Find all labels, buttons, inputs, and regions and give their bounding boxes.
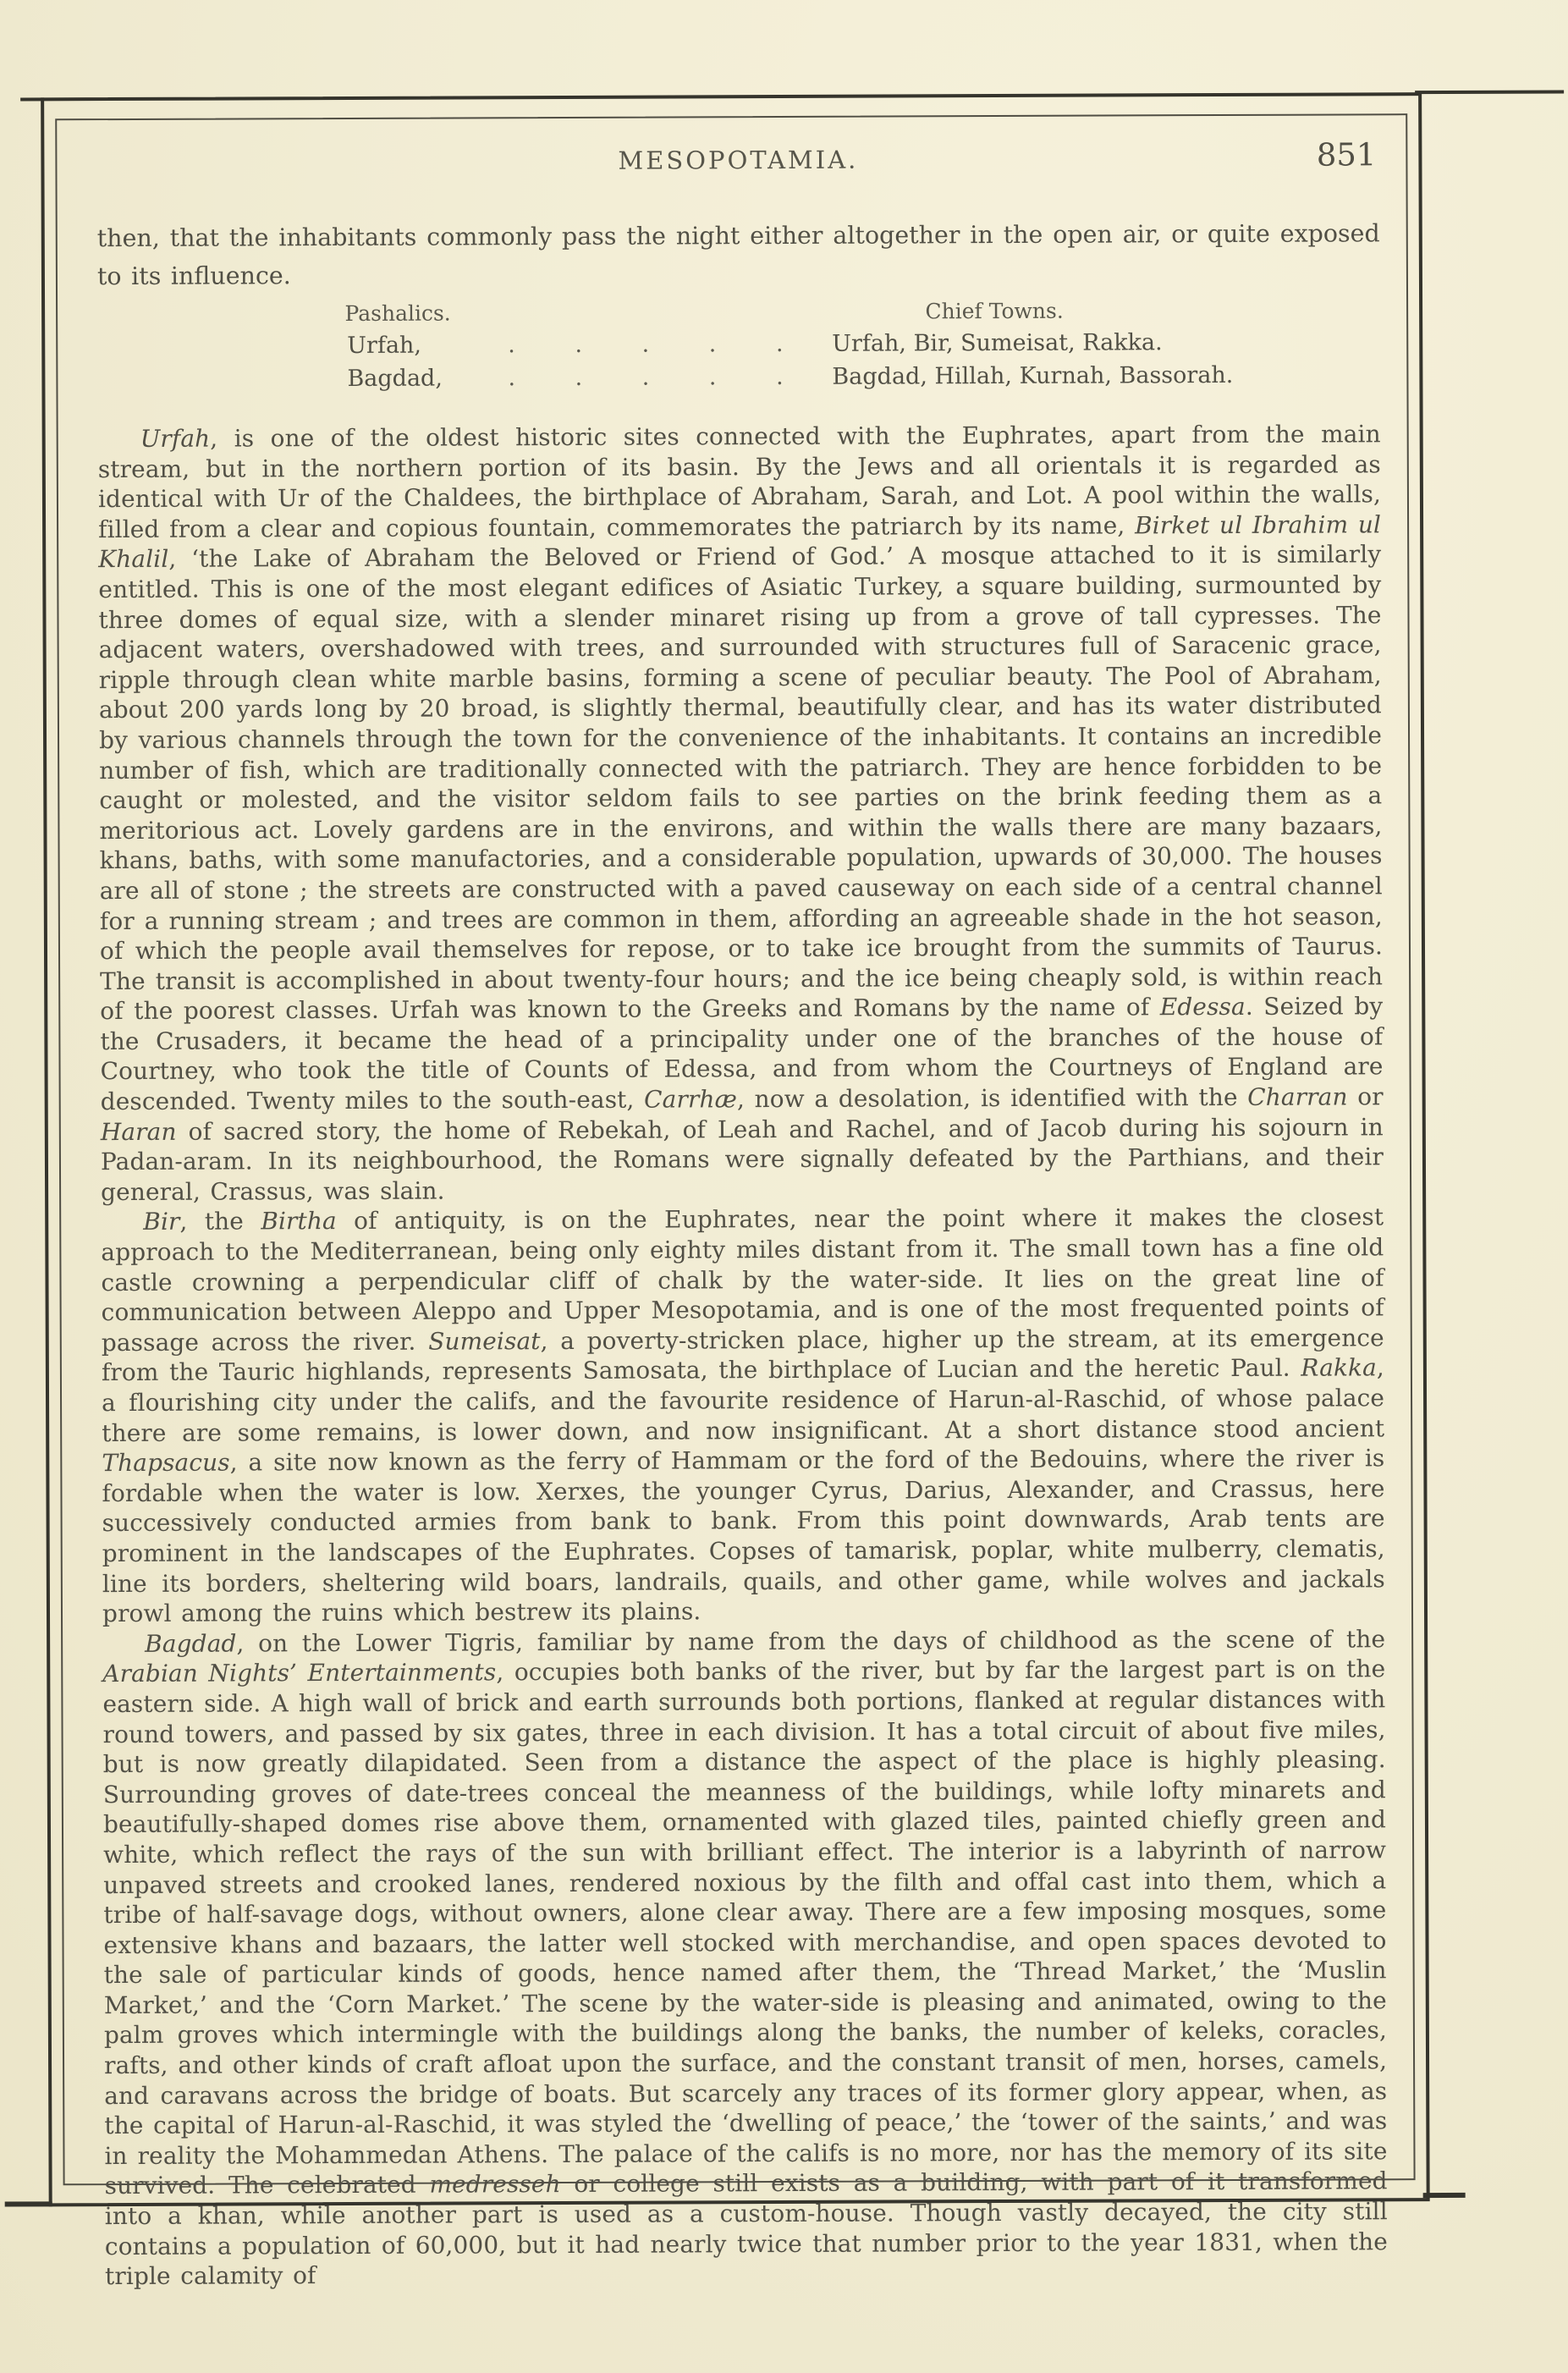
dot-leader: . . . . . [508,364,838,391]
chief-towns: Urfah, Bir, Sumeisat, Rakka. [832,329,1163,356]
pashalic-name: Urfah, [347,333,421,359]
table-row: Urfah, . . . . . Urfah, Bir, Sumeisat, R… [97,328,1380,364]
bottom-rule-extension-left [5,2201,52,2206]
table-header-chief-towns: Chief Towns. [876,299,1113,324]
running-head-title: MESOPOTAMIA. [96,143,1379,177]
scanned-book-page: MESOPOTAMIA. 851 then, that the inhabita… [0,0,1568,2373]
table-row: Bagdad, . . . . . Bagdad, Hillah, Kurnah… [97,361,1380,397]
top-rule-extension-right [1415,90,1564,94]
page-content: MESOPOTAMIA. 851 then, that the inhabita… [96,143,1388,2292]
paragraph-bagdad: Bagdad, on the Lower Tigris, familiar by… [102,1624,1388,2292]
table-header-pashalics: Pashalics. [279,300,516,326]
running-head: MESOPOTAMIA. 851 [96,143,1379,190]
paragraph-bir: Bir, the Birtha of antiquity, is on the … [101,1203,1385,1629]
dot-leader: . . . . . [508,331,838,358]
pashalics-table: Pashalics. Chief Towns. Urfah, . . . . .… [97,297,1381,416]
paragraph-urfah: Urfah, is one of the oldest historic sit… [98,419,1384,1207]
chief-towns: Bagdad, Hillah, Kurnah, Bassorah. [832,362,1233,390]
page-number: 851 [1317,136,1377,173]
pashalic-name: Bagdad, [347,366,443,392]
intro-paragraph: then, that the inhabitants commonly pass… [97,214,1380,295]
